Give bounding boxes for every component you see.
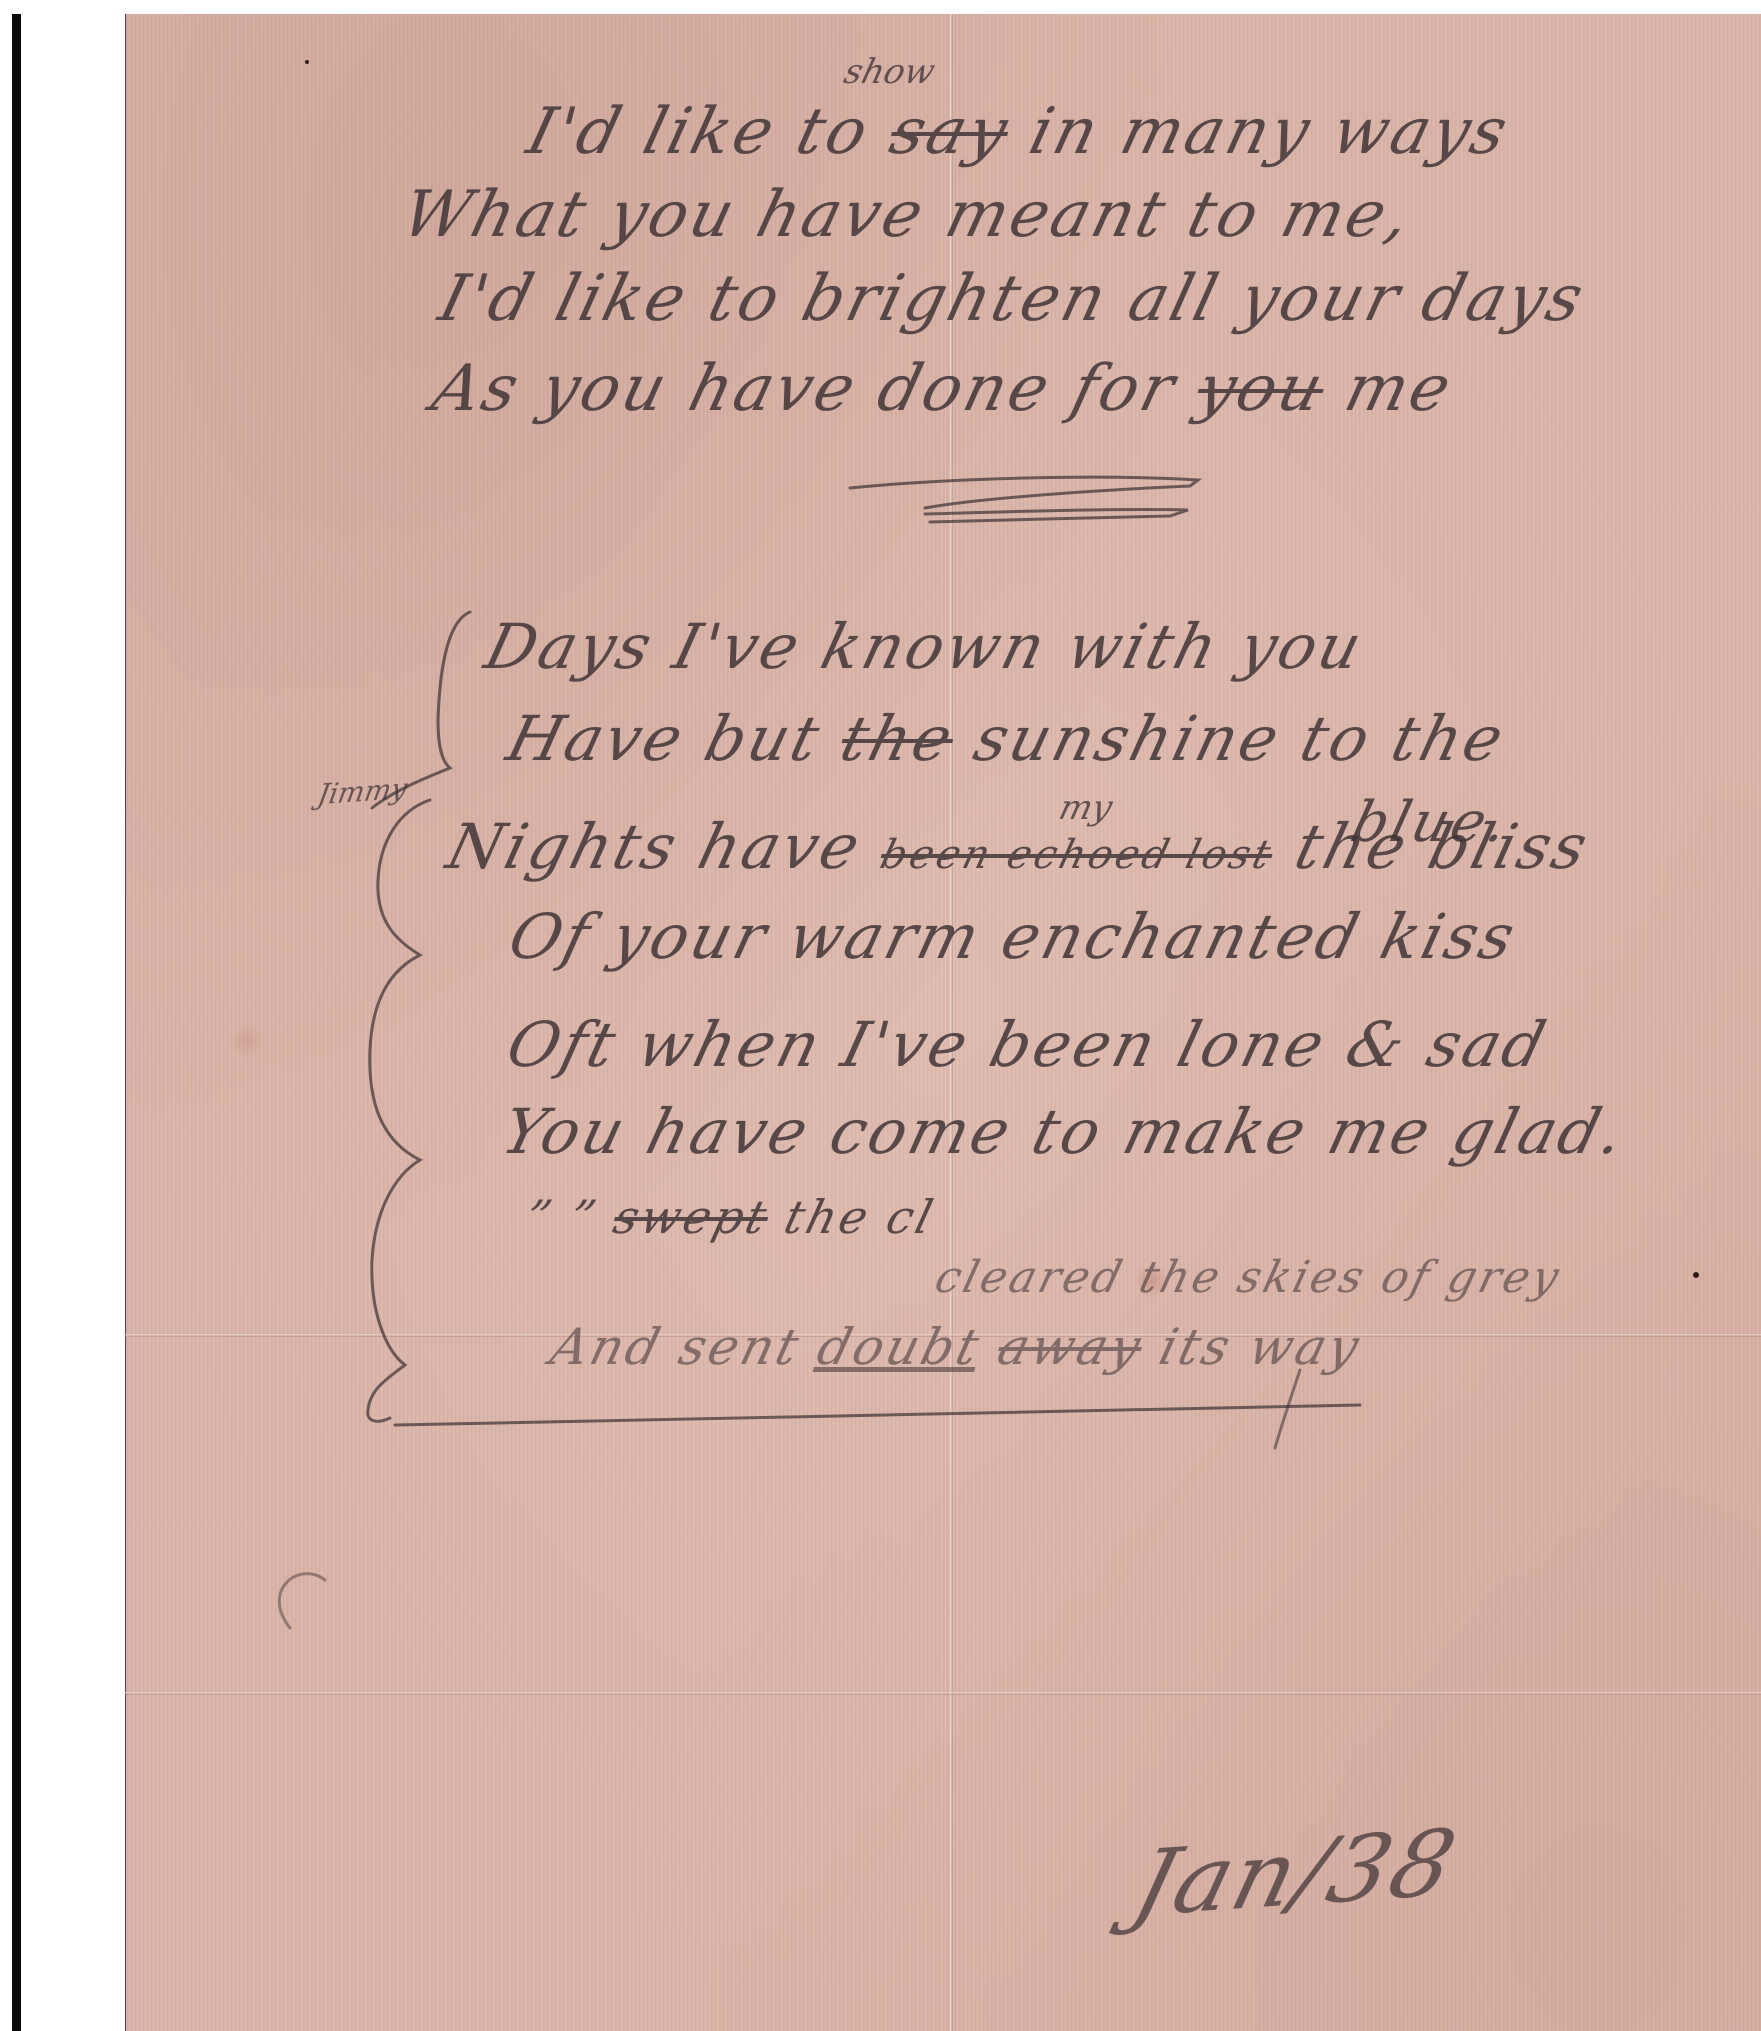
poem-line-ditto: ” ” swept the cl	[520, 1190, 941, 1244]
stanza-underline	[395, 1405, 1360, 1425]
struck-word: swept	[608, 1190, 775, 1244]
poem-line: Days I've known with you	[478, 610, 1372, 683]
line-text: Nights have	[440, 810, 893, 883]
poem-line: cleared the skies of grey	[930, 1252, 1567, 1303]
struck-word: been echoed lost	[876, 832, 1278, 878]
line-text: the bliss	[1265, 810, 1597, 883]
struck-word: you	[1190, 352, 1333, 426]
line-text: Of your warm enchanted kiss	[502, 900, 1525, 973]
line-text: What you have meant to me,	[395, 178, 1420, 252]
bracket-body	[368, 800, 430, 1421]
poem-line: What you have meant to me,	[395, 178, 1420, 252]
loose-curve	[279, 1574, 325, 1628]
line-text: You have come to make me glad.	[495, 1095, 1634, 1168]
poem-line: Have but the sunshine to the	[500, 702, 1513, 775]
line-text: As you have done for	[425, 352, 1208, 426]
line-text: Have but	[500, 702, 852, 775]
divider-stroke	[850, 477, 1198, 508]
margin-note: Jimmy	[315, 772, 410, 812]
struck-word: the	[834, 702, 963, 775]
line-text: the cl	[761, 1190, 941, 1244]
ditto-marks: ” ”	[520, 1190, 622, 1244]
line-text: I'd like to brighten all your days	[432, 262, 1593, 336]
line-text: And sent	[545, 1318, 826, 1376]
line-text: Oft when I've been lone & sad	[500, 1008, 1555, 1081]
struck-word: say	[883, 95, 1018, 169]
line-text: sunshine to the	[944, 702, 1513, 775]
line-text: Days I've known with you	[478, 610, 1372, 683]
underlined-word: doubt	[812, 1318, 988, 1376]
line-text: its way	[1135, 1318, 1368, 1376]
poem-line: You have come to make me glad.	[495, 1095, 1634, 1168]
poem-line: Nights have been echoed lost the bliss	[440, 810, 1597, 883]
line-text: in many ways	[999, 95, 1517, 169]
poem-line: Oft when I've been lone & sad	[500, 1008, 1555, 1081]
struck-word: away	[992, 1318, 1149, 1376]
poem-line: As you have done for you me	[425, 352, 1461, 426]
line-text: me	[1314, 352, 1460, 426]
poem-line: Of your warm enchanted kiss	[502, 900, 1525, 973]
poem-line: I'd like to say in many ways	[520, 95, 1517, 169]
poem-line: And sent doubt away its way	[545, 1318, 1368, 1376]
inserted-word: show	[840, 52, 939, 92]
poem-line: I'd like to brighten all your days	[432, 262, 1593, 336]
line-text: cleared the skies of grey	[930, 1252, 1567, 1303]
line-text: I'd like to	[520, 95, 901, 169]
